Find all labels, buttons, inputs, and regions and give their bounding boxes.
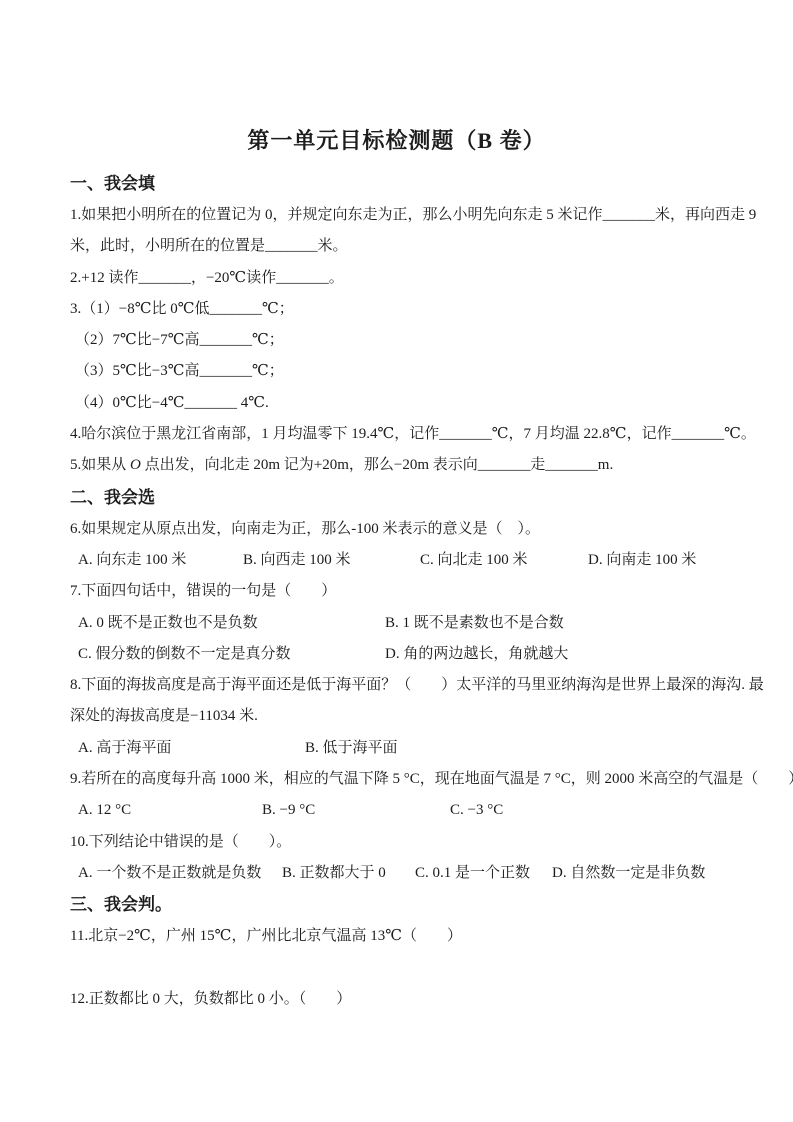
question-6-option-d: D. 向南走 100 米 [588,545,696,576]
question-9: 9.若所在的高度每升高 1000 米，相应的气温下降 5 °C，现在地面气温是 … [70,764,770,795]
section-3-heading: 三、我会判。 [70,889,770,921]
question-2: 2.+12 读作_______，−20℃读作_______。 [70,263,770,294]
question-7: 7.下面四句话中，错误的一句是（ ） [70,576,770,607]
question-10-option-b: B. 正数都大于 0 [282,858,386,889]
question-9-option-b: B. −9 °C [262,795,315,826]
question-10-option-d: D. 自然数一定是非负数 [552,858,705,889]
question-7-option-d: D. 角的两边越长，角就越大 [385,639,568,670]
question-12: 12.正数都比 0 大，负数都比 0 小。（ ） [70,984,770,1015]
question-10-options: A. 一个数不是正数就是负数 B. 正数都大于 0 C. 0.1 是一个正数 D… [70,858,770,889]
section-2-heading: 二、我会选 [70,482,770,514]
worksheet-content: 一、我会填 1.如果把小明所在的位置记为 0，并规定向东走为正，那么小明先向东走… [70,168,770,1015]
question-8-line-1: 8.下面的海拔高度是高于海平面还是低于海平面？（ ）太平洋的马里亚纳海沟是世界上… [70,670,770,701]
question-8-line-2: 深处的海拔高度是−11034 米. [70,701,770,732]
question-5-point-variable: O [130,457,141,473]
question-5-text-before: 5.如果从 [70,457,130,473]
question-8-options: A. 高于海平面 B. 低于海平面 [70,733,770,764]
question-3-part-2: （2）7℃比−7℃高_______℃； [70,325,770,356]
question-10: 10.下列结论中错误的是（ ）。 [70,827,770,858]
page-title: 第一单元目标检测题（B 卷） [0,124,793,158]
question-4: 4.哈尔滨位于黑龙江省南部，1 月均温零下 19.4℃，记作_______℃，7… [70,419,770,450]
question-9-option-c: C. −3 °C [450,795,503,826]
section-1-heading: 一、我会填 [70,168,770,200]
question-11: 11.北京−2℃，广州 15℃，广州比北京气温高 13℃（ ） [70,921,770,952]
question-10-option-a: A. 一个数不是正数就是负数 [78,858,261,889]
question-6-option-c: C. 向北走 100 米 [420,545,528,576]
question-7-option-b: B. 1 既不是素数也不是合数 [385,608,564,639]
question-6-options: A. 向东走 100 米 B. 向西走 100 米 C. 向北走 100 米 D… [70,545,770,576]
question-1-line-2: 米，此时，小明所在的位置是_______米。 [70,231,770,262]
worksheet-page: 第一单元目标检测题（B 卷） 一、我会填 1.如果把小明所在的位置记为 0，并规… [0,0,793,1122]
question-7-option-a: A. 0 既不是正数也不是负数 [78,608,258,639]
blank-line [70,953,770,984]
question-6-option-b: B. 向西走 100 米 [243,545,351,576]
question-7-options-row-1: A. 0 既不是正数也不是负数 B. 1 既不是素数也不是合数 [70,608,770,639]
question-10-option-c: C. 0.1 是一个正数 [415,858,530,889]
question-1-line-1: 1.如果把小明所在的位置记为 0，并规定向东走为正，那么小明先向东走 5 米记作… [70,200,770,231]
question-3-part-1: 3.（1）−8℃比 0℃低_______℃； [70,294,770,325]
question-3-part-3: （3）5℃比−3℃高_______℃； [70,356,770,387]
question-7-option-c: C. 假分数的倒数不一定是真分数 [78,639,291,670]
question-8-option-b: B. 低于海平面 [305,733,398,764]
question-9-option-a: A. 12 °C [78,795,131,826]
question-5-text-after: 点出发，向北走 20m 记为+20m，那么−20m 表示向_______走___… [141,457,613,473]
question-3-part-4: （4）0℃比−4℃_______ 4℃. [70,388,770,419]
question-8-option-a: A. 高于海平面 [78,733,171,764]
question-6-option-a: A. 向东走 100 米 [78,545,186,576]
question-7-options-row-2: C. 假分数的倒数不一定是真分数 D. 角的两边越长，角就越大 [70,639,770,670]
question-6: 6.如果规定从原点出发，向南走为正，那么-100 米表示的意义是（ ）。 [70,514,770,545]
question-9-options: A. 12 °C B. −9 °C C. −3 °C [70,795,770,826]
question-5: 5.如果从 O 点出发，向北走 20m 记为+20m，那么−20m 表示向___… [70,450,770,481]
